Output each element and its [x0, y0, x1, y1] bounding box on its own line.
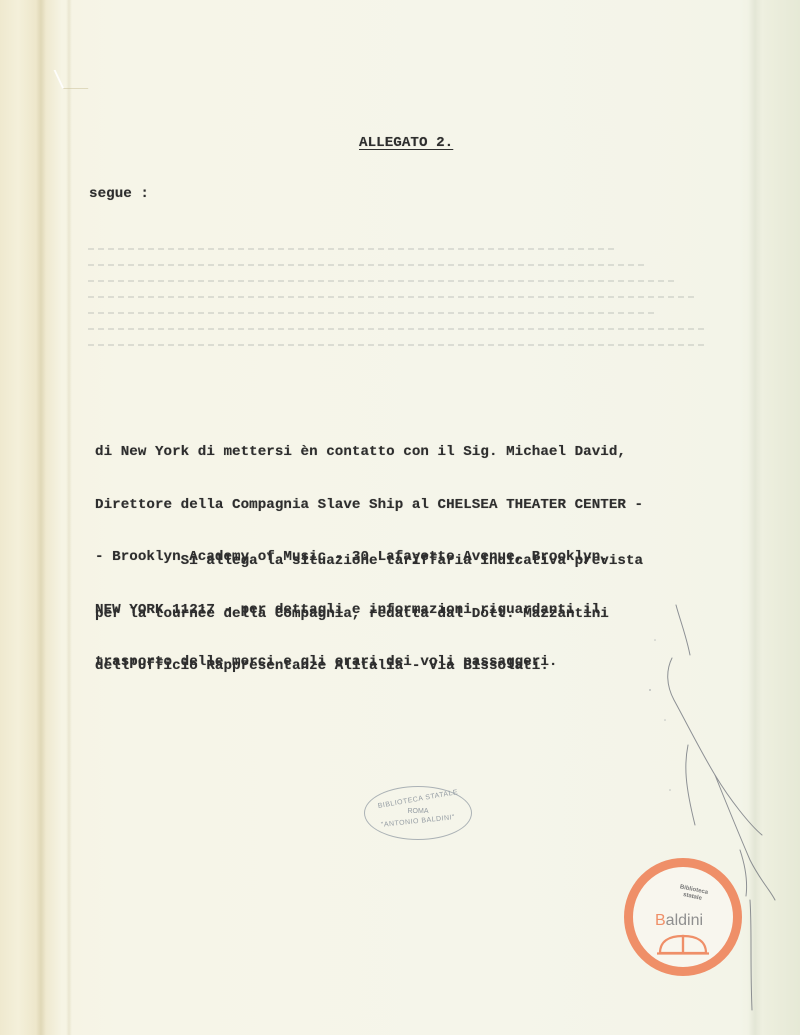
stamp-text-bottom: "ANTONIO BALDINI": [365, 812, 471, 830]
logo-subtitle: Biblioteca statale: [672, 883, 714, 905]
paragraph-line: di New York di mettersi èn contatto con …: [95, 444, 643, 462]
paper-fold-shadow: [748, 0, 762, 1035]
paragraph-line: dell'Ufficio Rappresentanze Alitalia - V…: [95, 658, 643, 676]
paper-fold-shadow: [66, 0, 72, 1035]
paragraph-line: Direttore della Compagnia Slave Ship al …: [95, 497, 643, 515]
show-through-text: [88, 248, 708, 360]
paragraph-line: per la tournée della Compagnia, redatta …: [95, 606, 643, 624]
paper-fold-shadow: [36, 0, 46, 1035]
paragraph-line: Si allega la situazione tariffaria indic…: [95, 553, 643, 571]
paper-crease: [54, 70, 89, 89]
paragraph-2: Si allega la situazione tariffaria indic…: [95, 518, 643, 711]
scanned-document-page: ALLEGATO 2. segue : di New York di mette…: [0, 0, 800, 1035]
open-book-icon: [657, 933, 709, 955]
intro-text: segue :: [89, 186, 149, 204]
logo-name-initial: B: [655, 912, 666, 929]
baldini-library-logo: Biblioteca statale Baldini: [624, 858, 742, 976]
library-stamp: BIBLIOTECA STATALE ROMA "ANTONIO BALDINI…: [364, 786, 472, 840]
document-title: ALLEGATO 2.: [359, 135, 453, 153]
logo-name-rest: aldini: [666, 912, 703, 929]
logo-name: Baldini: [655, 912, 703, 930]
